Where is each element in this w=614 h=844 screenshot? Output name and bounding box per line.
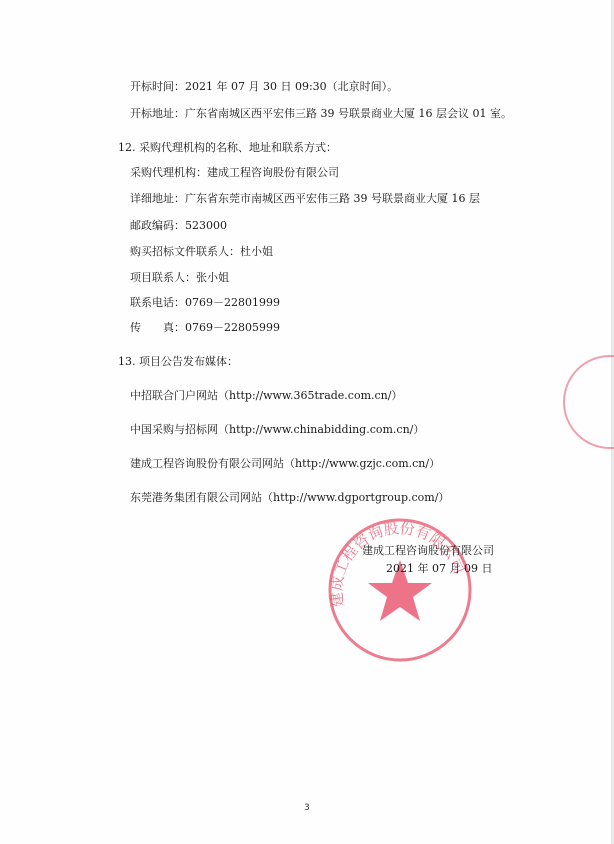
signature-date: 2021 年 07 月 09 日 [386,560,492,576]
media-item: 东莞港务集团有限公司网站（http://www.dgportgroup.com/… [130,491,449,505]
media-item: 中国采购与招标网（http://www.chinabidding.com.cn/… [130,423,424,437]
partial-seal-icon [560,352,614,452]
agency-address: 详细地址：广东省东莞市南城区西平宏伟三路 39 号联景商业大厦 16 层 [130,192,480,206]
signature-company: 建成工程咨询股份有限公司 [362,542,494,558]
postcode: 邮政编码：523000 [130,219,227,233]
phone: 联系电话：0769－22801999 [130,296,280,310]
document-page: 开标时间：2021 年 07 月 30 日 09:30（北京时间）。 开标地址：… [0,0,614,844]
opening-time: 开标时间：2021 年 07 月 30 日 09:30（北京时间）。 [130,80,398,94]
company-seal-icon: 建成工程咨询股份有限公司 [325,515,475,665]
fax: 传 真：0769－22805999 [130,321,280,335]
section-12-heading: 12. 采购代理机构的名称、地址和联系方式： [118,141,337,155]
project-contact: 项目联系人：张小姐 [130,271,229,285]
agency-name: 采购代理机构：建成工程咨询股份有限公司 [130,166,339,180]
media-item: 中招联合门户网站（http://www.365trade.com.cn/） [130,389,402,403]
section-13-heading: 13. 项目公告发布媒体： [118,355,238,369]
doc-contact: 购买招标文件联系人：杜小姐 [130,245,273,259]
page-number: 3 [304,803,310,813]
opening-location: 开标地址：广东省南城区西平宏伟三路 39 号联景商业大厦 16 层会议 01 室… [130,107,512,121]
media-item: 建成工程咨询股份有限公司网站（http://www.gzjc.com.cn/） [130,457,440,471]
